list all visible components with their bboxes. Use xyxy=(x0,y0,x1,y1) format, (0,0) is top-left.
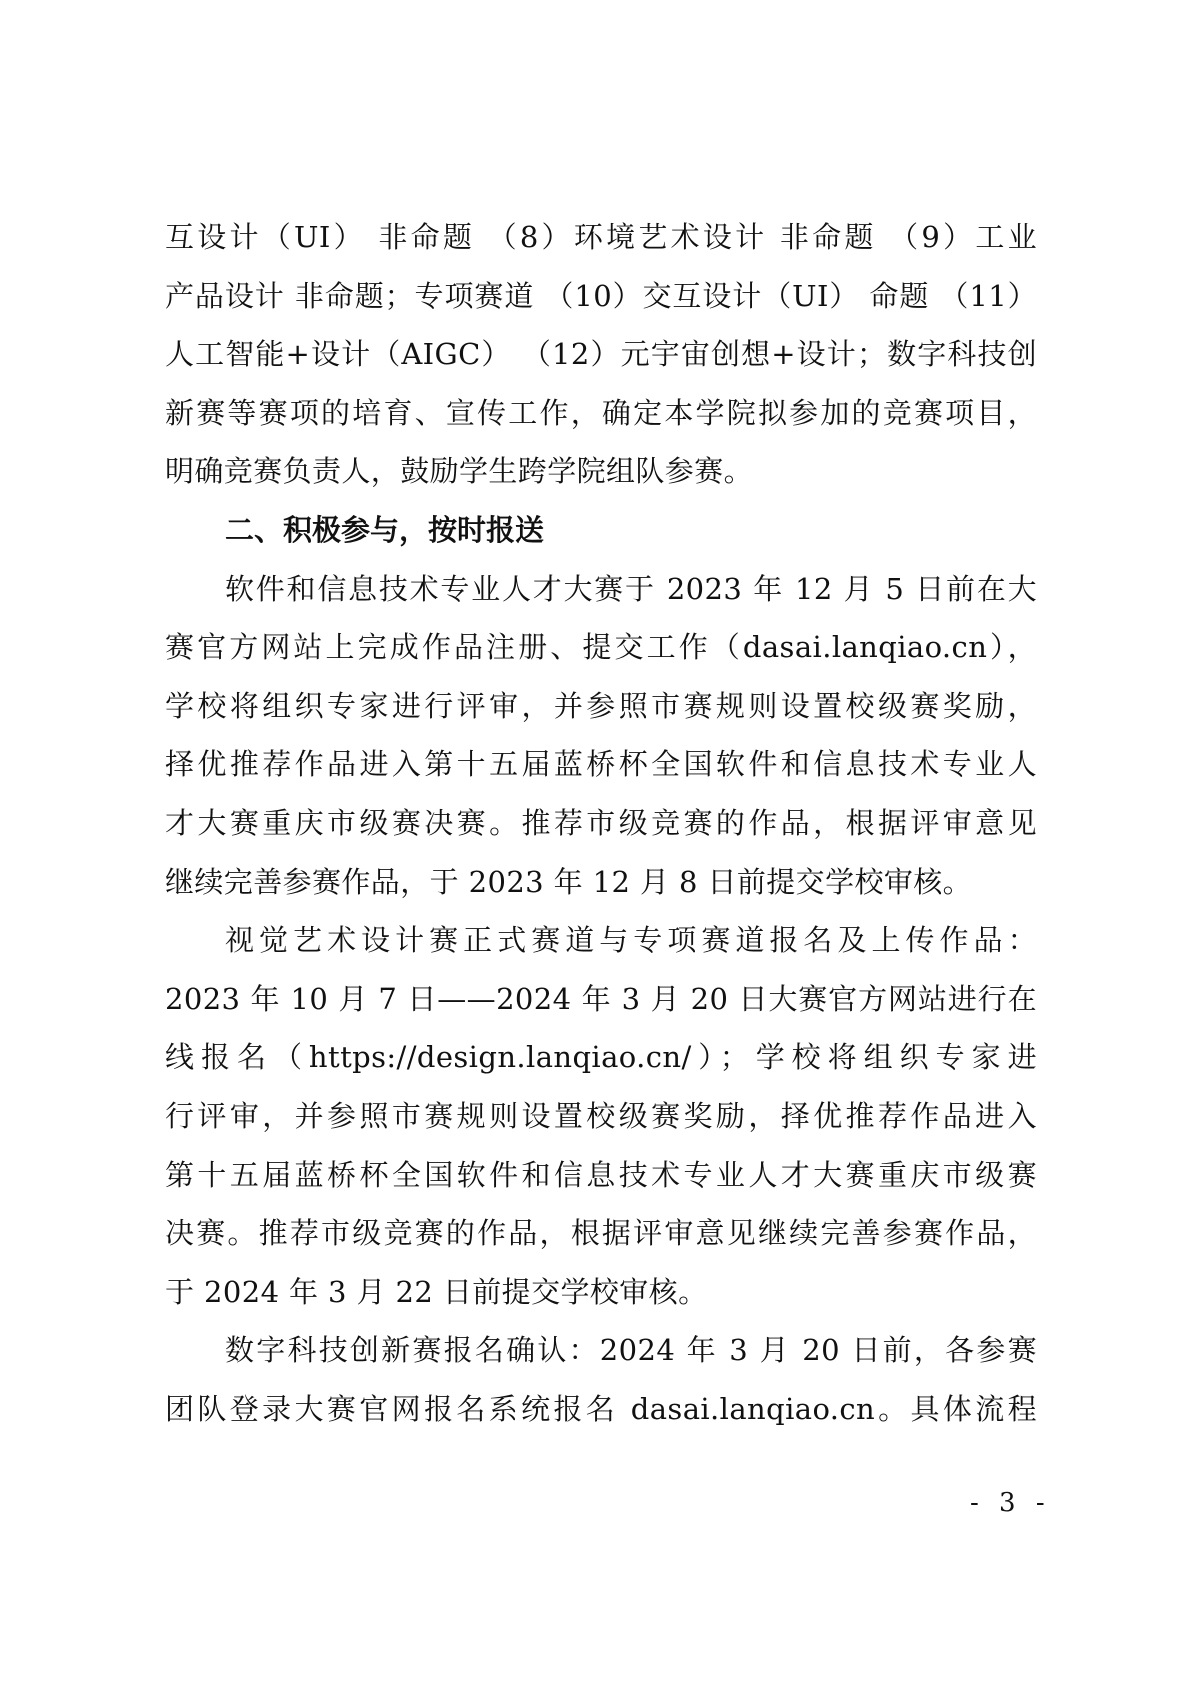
paragraph-line: 行评审，并参照市赛规则设置校级赛奖励，择优推荐作品进入 xyxy=(165,1087,1037,1146)
paragraph-line: 第十五届蓝桥杯全国软件和信息技术专业人才大赛重庆市级赛 xyxy=(165,1146,1037,1205)
page-number: - 3 - xyxy=(970,1488,1051,1518)
text-line: 明确竞赛负责人，鼓励学生跨学院组队参赛。 xyxy=(165,442,1037,501)
paragraph-line: 学校将组织专家进行评审，并参照市赛规则设置校级赛奖励， xyxy=(165,677,1037,736)
paragraph-line: 视觉艺术设计赛正式赛道与专项赛道报名及上传作品： xyxy=(165,911,1037,970)
paragraph-line: 才大赛重庆市级赛决赛。推荐市级竞赛的作品，根据评审意见 xyxy=(165,794,1037,853)
paragraph-line: 2023 年 10 月 7 日——2024 年 3 月 20 日大赛官方网站进行… xyxy=(165,970,1037,1029)
paragraph-line: 继续完善参赛作品，于 2023 年 12 月 8 日前提交学校审核。 xyxy=(165,853,1037,912)
document-page: 互设计（UI） 非命题 （8）环境艺术设计 非命题 （9）工业 产品设计 非命题… xyxy=(165,208,1037,1438)
text-line: 互设计（UI） 非命题 （8）环境艺术设计 非命题 （9）工业 xyxy=(165,208,1037,267)
paragraph-line: 决赛。推荐市级竞赛的作品，根据评审意见继续完善参赛作品， xyxy=(165,1204,1037,1263)
paragraph-line: 数字科技创新赛报名确认：2024 年 3 月 20 日前，各参赛 xyxy=(165,1321,1037,1380)
paragraph-line: 于 2024 年 3 月 22 日前提交学校审核。 xyxy=(165,1263,1037,1322)
paragraph-line: 线报名（https://design.lanqiao.cn/）；学校将组织专家进 xyxy=(165,1028,1037,1087)
text-line: 产品设计 非命题；专项赛道 （10）交互设计（UI） 命题 （11） xyxy=(165,267,1037,326)
paragraph-line: 赛官方网站上完成作品注册、提交工作（dasai.lanqiao.cn）， xyxy=(165,618,1037,677)
text-line: 人工智能+设计（AIGC） （12）元宇宙创想+设计；数字科技创 xyxy=(165,325,1037,384)
paragraph-line: 软件和信息技术专业人才大赛于 2023 年 12 月 5 日前在大 xyxy=(165,560,1037,619)
text-line: 新赛等赛项的培育、宣传工作，确定本学院拟参加的竞赛项目， xyxy=(165,384,1037,443)
paragraph-line: 择优推荐作品进入第十五届蓝桥杯全国软件和信息技术专业人 xyxy=(165,735,1037,794)
section-heading: 二、积极参与，按时报送 xyxy=(165,501,1037,560)
paragraph-line: 团队登录大赛官网报名系统报名 dasai.lanqiao.cn。具体流程 xyxy=(165,1380,1037,1439)
